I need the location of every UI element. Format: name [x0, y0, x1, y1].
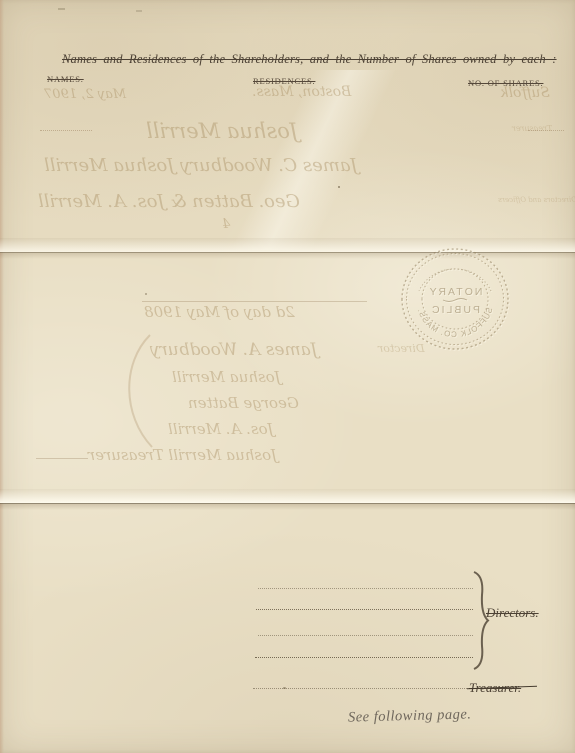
bleedthrough-flourish: [36, 458, 88, 459]
stray-mark: [58, 8, 65, 10]
fold-shadow: [0, 504, 575, 510]
bleedthrough-text: 2d day of May 1908: [144, 303, 295, 321]
bleedthrough-text: Jos. A. Merrill: [168, 420, 274, 438]
bleedthrough-text: Treasurer: [512, 124, 552, 133]
seal-divider-scroll: [443, 299, 467, 302]
seal-inner-ring: [422, 269, 488, 329]
bleedthrough-text: James A. Woodbury: [150, 340, 318, 360]
signature-line-director-1: [258, 588, 473, 589]
form-title: Names and Residences of the Shareholders…: [62, 52, 557, 67]
column-header-names: NAMES.: [47, 74, 84, 84]
bleedthrough-rule: [142, 301, 367, 302]
seal-word-public: PUBLIC: [430, 304, 480, 316]
bleedthrough-text: Boston, Mass.: [252, 84, 351, 100]
directors-label: Directors.: [486, 605, 539, 621]
scanned-document-page: Names and Residences of the Shareholders…: [0, 0, 575, 753]
signature-line-treasurer: [253, 688, 467, 689]
bleedthrough-text: Joshua Merrill Treasurer: [88, 446, 277, 464]
bleedthrough-text: Geo. Batten & Jos. A. Merrill: [38, 191, 300, 212]
fold-highlight: [0, 489, 575, 503]
bleedthrough-text: Director: [378, 342, 425, 355]
signature-line-director-2: [256, 609, 473, 610]
bleedthrough-text: 4: [222, 217, 230, 232]
scan-edge: [0, 0, 4, 753]
bleedthrough-text: Joshua Merrill: [172, 368, 281, 386]
handwritten-note: See following page.: [348, 706, 472, 726]
bleedthrough-brace: [118, 333, 162, 449]
bleedthrough-text: Joshua Merrill: [146, 119, 298, 143]
stray-mark: [136, 10, 142, 12]
bleedthrough-text: May 2, 1907: [44, 87, 126, 102]
bleedthrough-text: Suffolk: [500, 85, 550, 101]
directors-brace: [471, 571, 491, 671]
signature-line-director-3: [258, 635, 473, 636]
bleedthrough-rule: [40, 130, 92, 131]
ink-speck: [338, 186, 340, 188]
bleedthrough-text: James C. Woodbury Joshua Merrill: [44, 155, 358, 176]
signature-line-director-4: [255, 657, 473, 658]
bleedthrough-text: Directors and Officers: [498, 196, 575, 204]
bleedthrough-text: George Batten: [188, 394, 299, 412]
seal-word-notary: NOTARY: [428, 286, 483, 298]
ink-speck: [145, 293, 147, 295]
fold-crease: [0, 489, 575, 510]
bleedthrough-rule: [528, 130, 564, 131]
notary-seal-emboss: NOTARY PUBLIC SUFFOLK CO. MASS.: [397, 245, 513, 353]
